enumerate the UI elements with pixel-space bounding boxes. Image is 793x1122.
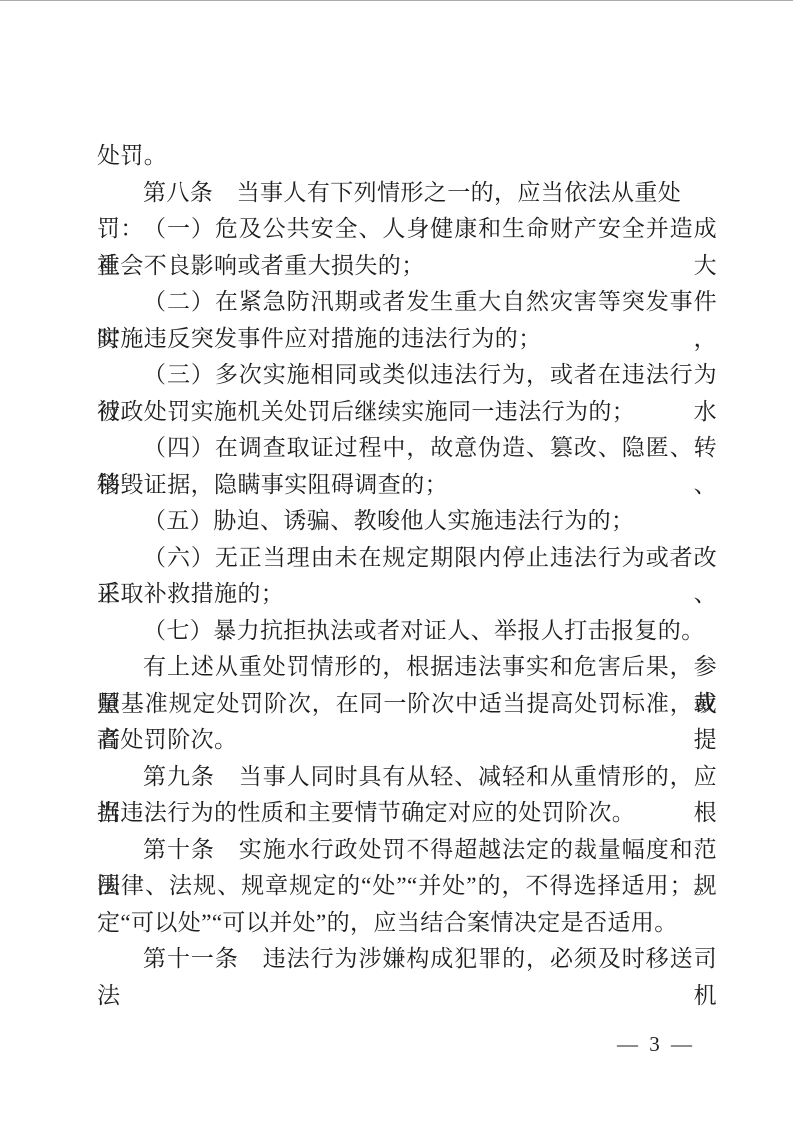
text-line: （二）在紧急防汛期或者发生重大自然灾害等突发事件时， xyxy=(97,284,717,321)
text-line: （四）在调查取证过程中，故意伪造、篡改、隐匿、转移、 xyxy=(97,430,717,467)
text-line: 定“可以处”“可以并处”的，应当结合案情决定是否适用。 xyxy=(97,905,717,942)
text-line: 第八条 当事人有下列情形之一的，应当依法从重处罚： xyxy=(97,175,717,212)
document-body: 处罚。第八条 当事人有下列情形之一的，应当依法从重处罚：（一）危及公共安全、人身… xyxy=(97,138,717,978)
text-line: （一）危及公共安全、人身健康和生命财产安全并造成重大 xyxy=(97,211,717,248)
text-line: （三）多次实施相同或类似违法行为，或者在违法行为被水 xyxy=(97,357,717,394)
scan-edge-artifact xyxy=(0,0,793,1)
text-line: 据违法行为的性质和主要情节确定对应的处罚阶次。 xyxy=(97,795,717,832)
text-line: 量基准规定处罚阶次，在同一阶次中适当提高处罚标准，或者提 xyxy=(97,686,717,723)
text-line: （七）暴力抗拒执法或者对证人、举报人打击报复的。 xyxy=(97,613,717,650)
text-line: 第十条 实施水行政处罚不得超越法定的裁量幅度和范围。 xyxy=(97,832,717,869)
text-line: 处罚。 xyxy=(97,138,717,175)
text-line: 第九条 当事人同时具有从轻、减轻和从重情形的，应当根 xyxy=(97,759,717,796)
text-line: 第十一条 违法行为涉嫌构成犯罪的，必须及时移送司法机 xyxy=(97,941,717,978)
text-line: 有上述从重处罚情形的，根据违法事实和危害后果，参照裁 xyxy=(97,649,717,686)
text-line: （五）胁迫、诱骗、教唆他人实施违法行为的； xyxy=(97,503,717,540)
page-number: — 3 — xyxy=(600,1031,712,1057)
text-line: 行政处罚实施机关处罚后继续实施同一违法行为的； xyxy=(97,394,717,431)
text-line: 法律、法规、规章规定的“处”“并处”的，不得选择适用；规 xyxy=(97,868,717,905)
text-line: （六）无正当理由未在规定期限内停止违法行为或者改正、 xyxy=(97,540,717,577)
